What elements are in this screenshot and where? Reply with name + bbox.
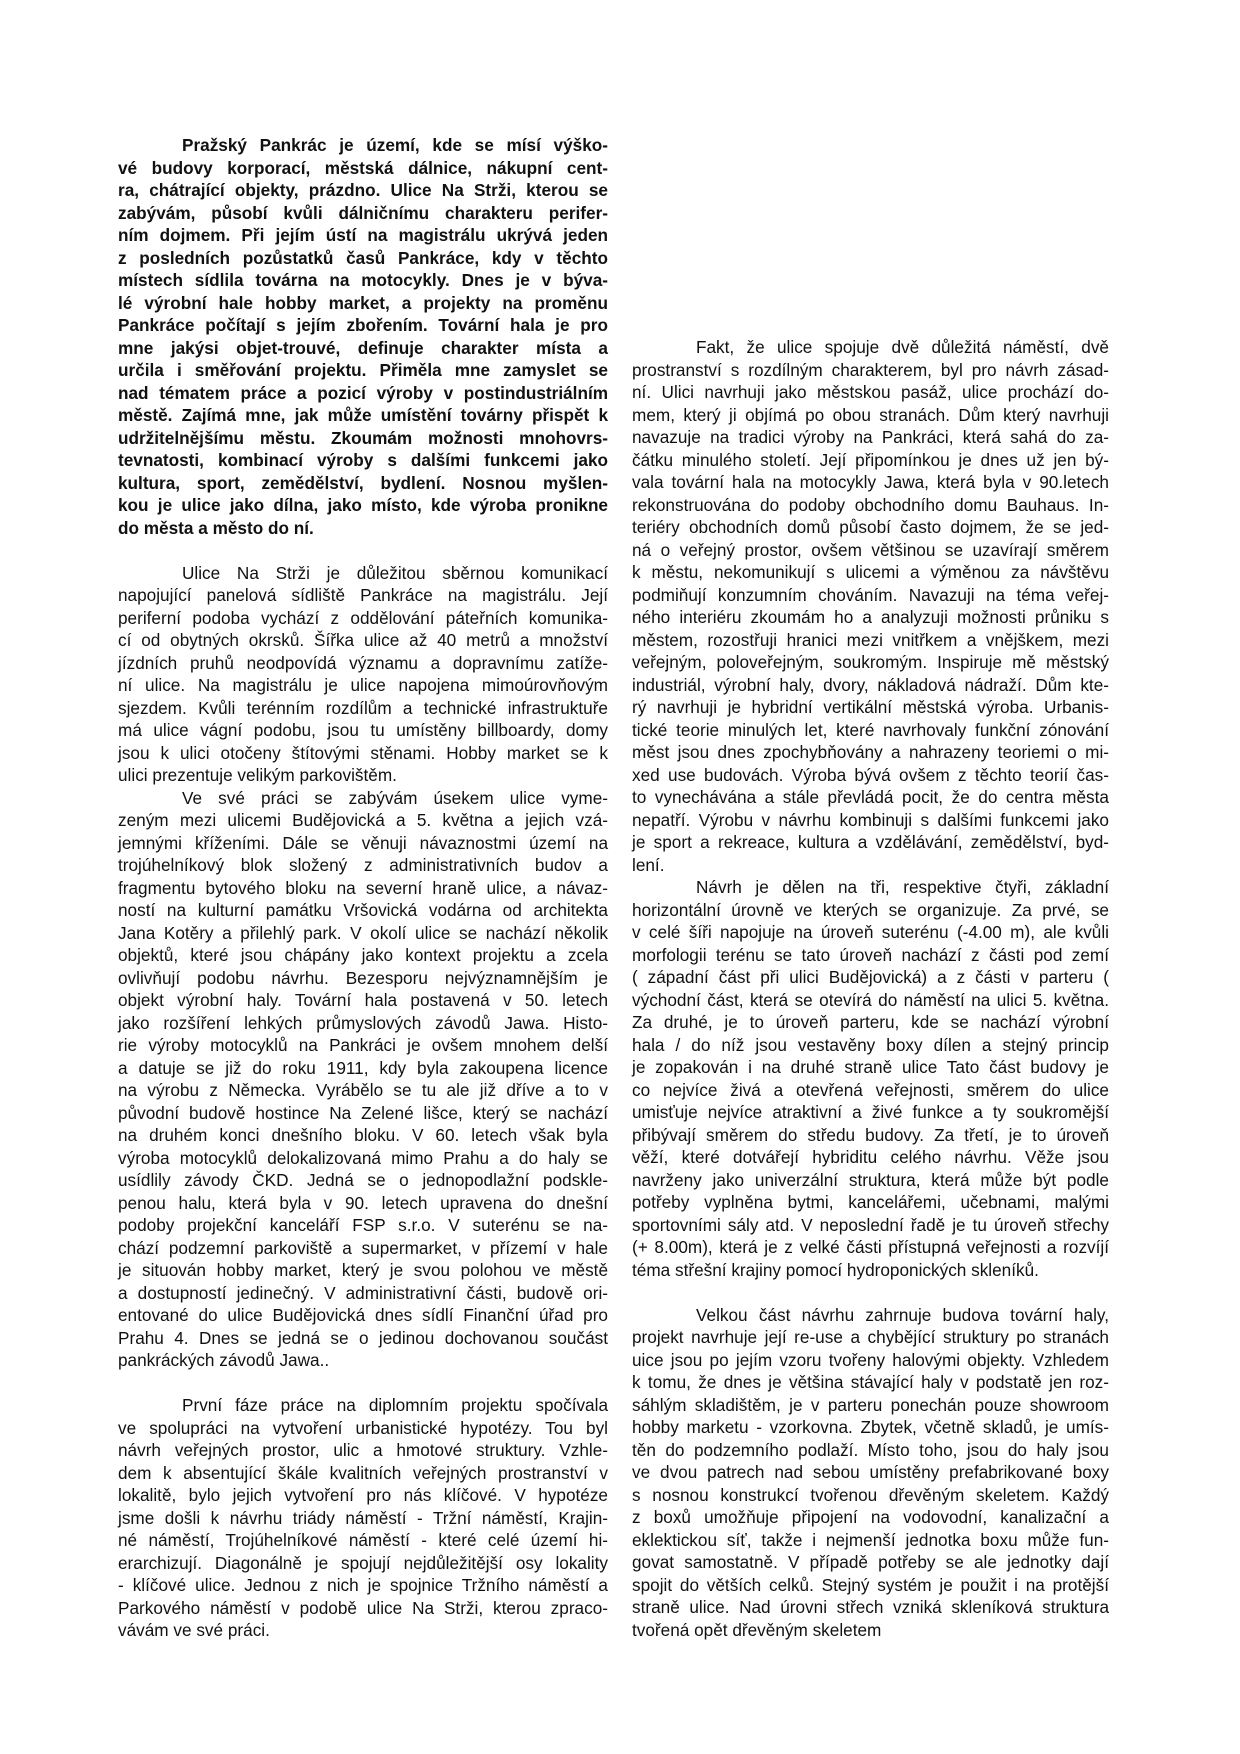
- text-line: veřejným, poloveřejným, soukromým. Inspi…: [632, 651, 1109, 674]
- text-line: (+ 8.00m), která je z velké části přístu…: [632, 1236, 1109, 1259]
- text-line: rý navrhuji je hybridní vertikální městs…: [632, 696, 1109, 719]
- text-line: ovlivňují podobu návrhu. Bezesporu nejvý…: [118, 967, 608, 990]
- text-line: objekt výrobní haly. Tovární hala postav…: [118, 989, 608, 1012]
- text-line: a datuje se již do roku 1911, kdy byla z…: [118, 1057, 608, 1080]
- text-line: pankráckých závodů Jawa..: [118, 1349, 608, 1372]
- body-paragraph: Návrh je dělen na tři, respektive čtyři,…: [632, 876, 1109, 1281]
- body-paragraph: Ve své práci se zabývám úsekem ulice vym…: [118, 787, 608, 1372]
- text-line: výroba motocyklů delokalizovaná mimo Pra…: [118, 1147, 608, 1170]
- text-line: ( západní část při ulici Budějovická) a …: [632, 966, 1109, 989]
- text-line: Návrh je dělen na tři, respektive čtyři,…: [632, 876, 1109, 899]
- text-line: lé výrobní hale hobby market, a projekty…: [118, 292, 608, 315]
- text-line: První fáze práce na diplomním projektu s…: [118, 1394, 608, 1417]
- text-line: Velkou část návrhu zahrnuje budova továr…: [632, 1304, 1109, 1327]
- text-line: Pražský Pankrác je území, kde se mísí vý…: [118, 134, 608, 157]
- text-line: přibývají směrem do středu budovy. Za tř…: [632, 1124, 1109, 1147]
- text-line: Pankráce počítají s jejím zbořením. Tová…: [118, 314, 608, 337]
- text-line: tické teorie minulých let, které navrhov…: [632, 719, 1109, 742]
- text-line: jsou k ulici otočeny štítovými stěnami. …: [118, 742, 608, 765]
- text-line: Prahu 4. Dnes se jedná se o jedinou doch…: [118, 1327, 608, 1350]
- text-line: k tomu, že dnes je většina stávající hal…: [632, 1371, 1109, 1394]
- text-line: jízdních pruhů neodpovídá významu a dopr…: [118, 652, 608, 675]
- text-line: lení.: [632, 854, 1109, 877]
- text-line: napojující panelová sídliště Pankráce na…: [118, 584, 608, 607]
- text-line: - klíčové ulice. Jednou z nich je spojni…: [118, 1574, 608, 1597]
- text-line: určila i směřování projektu. Přiměla mne…: [118, 359, 608, 382]
- right-column: Fakt, že ulice spojuje dvě důležitá námě…: [632, 336, 1109, 1641]
- text-line: na výrobu z Německa. Vyrábělo se tu ale …: [118, 1079, 608, 1102]
- text-line: Ve své práci se zabývám úsekem ulice vym…: [118, 787, 608, 810]
- text-line: ní. Ulici navrhuji jako městskou pasáž, …: [632, 381, 1109, 404]
- text-line: těn do podzemního podlaží. Místo toho, j…: [632, 1439, 1109, 1462]
- text-line: místech sídlila továrna na motocykly. Dn…: [118, 269, 608, 292]
- text-line: né náměstí, Trojúhelníkové náměstí - kte…: [118, 1529, 608, 1552]
- text-line: zeným mezi ulicemi Budějovická a 5. květ…: [118, 809, 608, 832]
- text-line: Jana Kotěry a přilehlý park. V okolí uli…: [118, 922, 608, 945]
- text-line: spojit do větších celků. Stejný systém j…: [632, 1574, 1109, 1597]
- text-line: tevnatosti, kombinací výroby s dalšími f…: [118, 449, 608, 472]
- text-line: sportovními sály atd. V neposlední řadě …: [632, 1214, 1109, 1237]
- text-line: kultura, sport, zemědělství, bydlení. No…: [118, 472, 608, 495]
- text-line: sáhlým skladištěm, je v parteru ponechán…: [632, 1394, 1109, 1417]
- text-line: penou halu, která byla v 90. letech upra…: [118, 1192, 608, 1215]
- text-line: do města a město do ní.: [118, 517, 608, 540]
- text-line: nepatří. Výrobu v návrhu kombinuji s dal…: [632, 809, 1109, 832]
- text-line: horizontální úrovně ve kterých se organi…: [632, 899, 1109, 922]
- text-line: Parkového náměstí v podobě ulice Na Strž…: [118, 1597, 608, 1620]
- text-line: východní část, která se otevírá do náměs…: [632, 989, 1109, 1012]
- text-line: podmiňují konzumním chováním. Navazuji n…: [632, 584, 1109, 607]
- text-line: hobby marketu - vzorkovna. Zbytek, včetn…: [632, 1416, 1109, 1439]
- paragraph-spacer: [118, 539, 608, 562]
- left-column: Pražský Pankrác je území, kde se mísí vý…: [118, 134, 608, 1642]
- text-line: návrh veřejných prostor, ulic a hmotové …: [118, 1439, 608, 1462]
- text-line: sjezdem. Kvůli terénním rozdílům a techn…: [118, 697, 608, 720]
- paragraph-spacer: [118, 1372, 608, 1395]
- text-line: mne jakýsi objet-trouvé, definuje charak…: [118, 337, 608, 360]
- text-line: jsme došli k návrhu triády náměstí - Trž…: [118, 1507, 608, 1530]
- text-line: je sport a rekreace, kultura a vzděláván…: [632, 831, 1109, 854]
- text-line: straně ulice. Nad úrovni střech vzniká s…: [632, 1596, 1109, 1619]
- text-line: ností na kulturní památku Vršovická vodá…: [118, 899, 608, 922]
- text-line: objektů, které jsou chápány jako kontext…: [118, 944, 608, 967]
- text-line: vávám ve své práci.: [118, 1619, 608, 1642]
- text-line: a dostupností jedinečný. V administrativ…: [118, 1282, 608, 1305]
- text-line: trojúhelníkový blok složený z administra…: [118, 854, 608, 877]
- text-line: govat samostatně. V případě potřeby se a…: [632, 1551, 1109, 1574]
- text-line: k městu, nekomunikují s ulicemi a výměno…: [632, 561, 1109, 584]
- text-line: to vynechávána a stále převládá pocit, ž…: [632, 786, 1109, 809]
- text-line: čátku minulého století. Její připomínkou…: [632, 449, 1109, 472]
- text-line: Za druhé, je to úroveň parteru, kde se n…: [632, 1011, 1109, 1034]
- text-line: v celé šíři napojuje na úroveň suterénu …: [632, 921, 1109, 944]
- text-line: prostranství s rozdílným charakterem, by…: [632, 359, 1109, 382]
- text-line: cí od obytných okrsků. Šířka ulice až 40…: [118, 629, 608, 652]
- text-line: městě. Zajímá mne, jak může umístění tov…: [118, 404, 608, 427]
- text-line: zabývám, působí kvůli dálničnímu charakt…: [118, 202, 608, 225]
- text-line: na druhém konci dnešního bloku. V 60. le…: [118, 1124, 608, 1147]
- text-line: městem, rozostřuji hranici mezi vnitřkem…: [632, 629, 1109, 652]
- text-line: jemnými kříženími. Dále se věnuji návazn…: [118, 832, 608, 855]
- text-line: fragmentu bytového bloku na severní hran…: [118, 877, 608, 900]
- text-line: lokalitě, bylo jejich vytvoření pro nás …: [118, 1484, 608, 1507]
- intro-paragraph: Pražský Pankrác je území, kde se mísí vý…: [118, 134, 608, 539]
- text-line: teriéry obchodních domů působí často doj…: [632, 516, 1109, 539]
- text-line: má ulice vágní podobu, jsou tu umístěny …: [118, 719, 608, 742]
- text-line: ním dojmem. Při jejím ústí na magistrálu…: [118, 224, 608, 247]
- text-line: Fakt, že ulice spojuje dvě důležitá námě…: [632, 336, 1109, 359]
- text-line: vé budovy korporací, městská dálnice, ná…: [118, 157, 608, 180]
- text-line: tvořená opět dřevěným skeletem: [632, 1619, 1109, 1642]
- text-line: xed use budovách. Výroba bývá ovšem z tě…: [632, 764, 1109, 787]
- text-line: ného interiéru zkoumám ho a analyzuji mo…: [632, 606, 1109, 629]
- body-paragraph: Fakt, že ulice spojuje dvě důležitá námě…: [632, 336, 1109, 876]
- text-line: periferní podoba vychází z oddělování pá…: [118, 607, 608, 630]
- text-line: měst jsou dnes zpochybňovány a nahrazeny…: [632, 741, 1109, 764]
- text-line: rekonstruována do podoby obchodního domu…: [632, 494, 1109, 517]
- document-page: Pražský Pankrác je území, kde se mísí vý…: [0, 0, 1240, 1754]
- text-line: uice jsou po jejím vzoru tvořeny halovým…: [632, 1349, 1109, 1372]
- body-paragraph: Velkou část návrhu zahrnuje budova továr…: [632, 1304, 1109, 1642]
- text-line: navrženy jako univerzální struktura, kte…: [632, 1169, 1109, 1192]
- body-paragraph: První fáze práce na diplomním projektu s…: [118, 1394, 608, 1642]
- text-line: věží, které dotvářejí hybriditu celého n…: [632, 1146, 1109, 1169]
- text-line: chází podzemní parkoviště a supermarket,…: [118, 1237, 608, 1260]
- text-line: jako rozšíření lehkých průmyslových závo…: [118, 1012, 608, 1035]
- text-line: rie výroby motocyklů na Pankráci je ovše…: [118, 1034, 608, 1057]
- text-line: s nosnou konstrukcí tvořenou dřevěným sk…: [632, 1484, 1109, 1507]
- text-line: ve dvou patrech nad sebou umístěny prefa…: [632, 1461, 1109, 1484]
- text-line: umisťuje nejvíce atraktivní a živé funkc…: [632, 1101, 1109, 1124]
- text-line: vala tovární hala na motocykly Jawa, kte…: [632, 471, 1109, 494]
- text-line: z boxů umožňuje připojení na vodovodní, …: [632, 1506, 1109, 1529]
- text-line: ná o veřejný prostor, ovšem většinou se …: [632, 539, 1109, 562]
- text-line: ra, chátrající objekty, prázdno. Ulice N…: [118, 179, 608, 202]
- text-line: je zopakován i na druhé straně ulice Tat…: [632, 1056, 1109, 1079]
- text-line: udržitelnějšímu městu. Zkoumám možnosti …: [118, 427, 608, 450]
- text-line: je situován hobby market, který je svou …: [118, 1259, 608, 1282]
- text-line: ulici prezentuje velikým parkovištěm.: [118, 764, 608, 787]
- paragraph-spacer: [632, 1281, 1109, 1304]
- text-line: téma střešní krajiny pomocí hydroponický…: [632, 1259, 1109, 1282]
- text-line: industriál, výrobní haly, dvory, náklado…: [632, 674, 1109, 697]
- body-paragraph: Ulice Na Strži je důležitou sběrnou komu…: [118, 562, 608, 787]
- text-line: kou je ulice jako dílna, jako místo, kde…: [118, 494, 608, 517]
- text-line: z posledních pozůstatků časů Pankráce, k…: [118, 247, 608, 270]
- text-line: dem k absentující škále kvalitních veřej…: [118, 1462, 608, 1485]
- text-line: morfologii terénu se tato úroveň nachází…: [632, 944, 1109, 967]
- text-line: podoby projekční kanceláří FSP s.r.o. V …: [118, 1214, 608, 1237]
- text-line: nad tématem práce a pozicí výroby v post…: [118, 382, 608, 405]
- text-line: Ulice Na Strži je důležitou sběrnou komu…: [118, 562, 608, 585]
- text-line: mem, který ji objímá po obou stranách. D…: [632, 404, 1109, 427]
- text-line: ve spolupráci na vytvoření urbanistické …: [118, 1417, 608, 1440]
- text-line: co nejvíce živá a otevřená veřejnosti, s…: [632, 1079, 1109, 1102]
- text-line: ní ulice. Na magistrálu je ulice napojen…: [118, 674, 608, 697]
- text-line: potřeby vyplněna bytmi, kancelářemi, uče…: [632, 1191, 1109, 1214]
- text-line: původní budově hostince Na Zelené lišce,…: [118, 1102, 608, 1125]
- text-line: projekt navrhuje její re-use a chybějící…: [632, 1326, 1109, 1349]
- text-line: erarchizují. Diagonálně je spojují nejdů…: [118, 1552, 608, 1575]
- text-line: navazuje na tradici výroby na Pankráci, …: [632, 426, 1109, 449]
- text-line: eklektickou síť, takže i nejmenší jednot…: [632, 1529, 1109, 1552]
- text-line: hala / do níž jsou vestavěny boxy dílen …: [632, 1034, 1109, 1057]
- text-line: usídlily závody ČKD. Jedná se o jednopod…: [118, 1169, 608, 1192]
- text-line: entované do ulice Budějovická dnes sídlí…: [118, 1304, 608, 1327]
